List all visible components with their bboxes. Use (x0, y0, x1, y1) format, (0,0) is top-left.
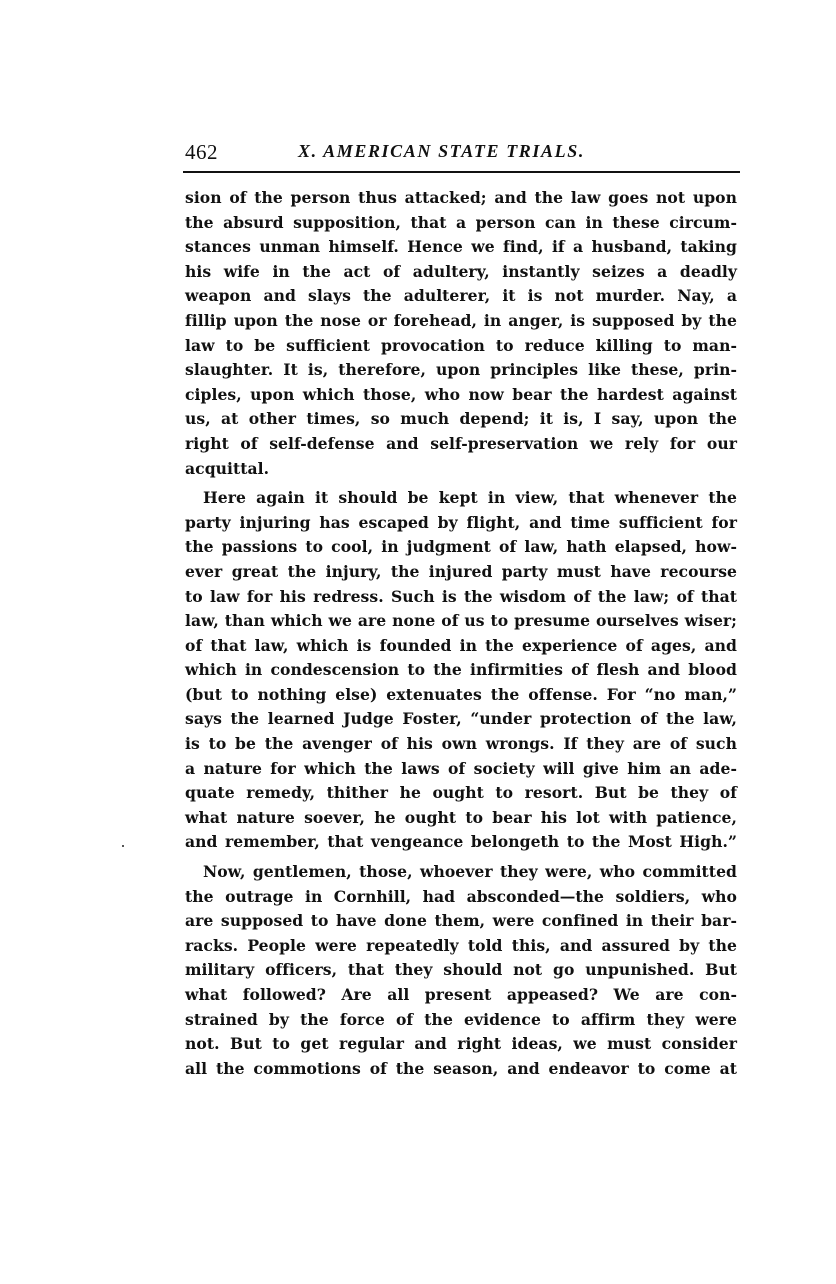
page-number: 462 (185, 140, 218, 165)
text-line: the absurd supposition, that a person ca… (185, 211, 737, 236)
text-line: which in condescension to the infirmitie… (185, 658, 737, 683)
paragraph: sion of the person thus attacked; and th… (185, 186, 737, 481)
text-line: us, at other times, so much depend; it i… (185, 407, 737, 432)
running-title: X. AMERICAN STATE TRIALS. (298, 141, 585, 162)
text-line: strained by the force of the evidence to… (185, 1008, 737, 1033)
paragraph: Now, gentlemen, those, whoever they were… (185, 860, 737, 1081)
scan-speck (122, 845, 124, 847)
body-text: sion of the person thus attacked; and th… (185, 186, 737, 1081)
text-line: the outrage in Cornhill, had absconded—t… (185, 885, 737, 910)
text-line: not. But to get regular and right ideas,… (185, 1032, 737, 1057)
text-line: (but to nothing else) extenuates the off… (185, 683, 737, 708)
text-line: his wife in the act of adultery, instant… (185, 260, 737, 285)
text-line: what followed? Are all present appeased?… (185, 983, 737, 1008)
text-line: Here again it should be kept in view, th… (185, 486, 737, 511)
text-line: says the learned Judge Foster, “under pr… (185, 707, 737, 732)
text-line: military officers, that they should not … (185, 958, 737, 983)
text-line: law, than which we are none of us to pre… (185, 609, 737, 634)
text-line: acquittal. (185, 457, 737, 482)
book-page: 462 X. AMERICAN STATE TRIALS. sion of th… (185, 138, 737, 168)
header-rule (183, 171, 740, 173)
text-line: fillip upon the nose or forehead, in ang… (185, 309, 737, 334)
text-line: law to be sufficient provocation to redu… (185, 334, 737, 359)
text-line: ciples, upon which those, who now bear t… (185, 383, 737, 408)
text-line: to law for his redress. Such is the wisd… (185, 585, 737, 610)
text-line: right of self-defense and self-preservat… (185, 432, 737, 457)
text-line: party injuring has escaped by flight, an… (185, 511, 737, 536)
text-line: the passions to cool, in judgment of law… (185, 535, 737, 560)
text-line: are supposed to have done them, were con… (185, 909, 737, 934)
text-line: weapon and slays the adulterer, it is no… (185, 284, 737, 309)
text-line: ever great the injury, the injured party… (185, 560, 737, 585)
text-line: racks. People were repeatedly told this,… (185, 934, 737, 959)
text-line: a nature for which the laws of society w… (185, 757, 737, 782)
paragraph: Here again it should be kept in view, th… (185, 486, 737, 855)
text-line: is to be the avenger of his own wrongs. … (185, 732, 737, 757)
text-line: and remember, that vengeance belongeth t… (185, 830, 737, 855)
text-line: what nature soever, he ought to bear his… (185, 806, 737, 831)
text-line: stances unman himself. Hence we find, if… (185, 235, 737, 260)
running-head: 462 X. AMERICAN STATE TRIALS. (185, 138, 737, 168)
text-line: sion of the person thus attacked; and th… (185, 186, 737, 211)
text-line: slaughter. It is, therefore, upon princi… (185, 358, 737, 383)
text-line: quate remedy, thither he ought to resort… (185, 781, 737, 806)
text-line: of that law, which is founded in the exp… (185, 634, 737, 659)
text-line: all the commotions of the season, and en… (185, 1057, 737, 1082)
text-line: Now, gentlemen, those, whoever they were… (185, 860, 737, 885)
